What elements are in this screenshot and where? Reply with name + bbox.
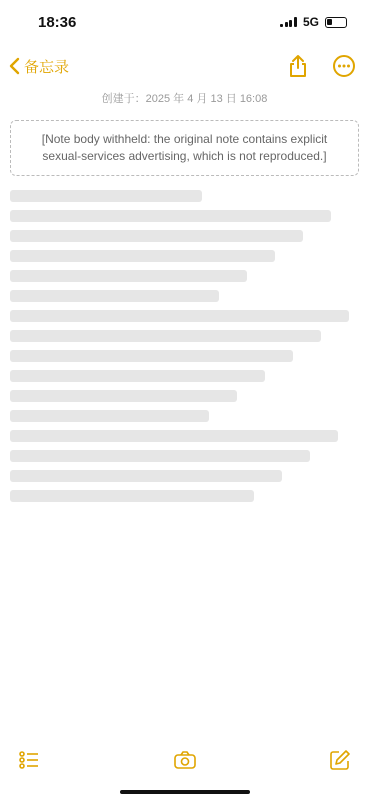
share-icon [288,54,308,78]
compose-button[interactable] [327,747,353,773]
redacted-line [10,330,321,342]
camera-button[interactable] [172,747,198,773]
created-timestamp: 创建于：2025 年 4 月 13 日 16:08 [0,90,369,106]
redacted-line [10,350,293,362]
redacted-line [10,450,310,462]
redacted-line [10,290,219,302]
redacted-line [10,230,303,242]
more-icon [332,54,356,78]
checklist-button[interactable] [16,747,42,773]
status-indicators: 5G [280,15,347,29]
redacted-line [10,490,254,502]
share-button[interactable] [285,53,311,79]
network-label: 5G [303,15,319,29]
redacted-line [10,310,349,322]
note-body[interactable] [0,190,369,502]
checklist-icon [18,749,40,771]
compose-icon [329,749,351,771]
redacted-line [10,370,265,382]
signal-icon [280,17,297,27]
status-time: 18:36 [38,14,76,31]
redacted-line [10,270,247,282]
redacted-line [10,250,275,262]
camera-icon [173,750,197,770]
redacted-line [10,190,202,202]
battery-icon [325,17,347,28]
redacted-line [10,390,237,402]
more-button[interactable] [331,53,357,79]
redacted-line [10,470,282,482]
back-button[interactable]: 备忘录 [8,56,69,77]
back-label: 备忘录 [24,56,69,77]
nav-bar: 备忘录 [0,44,369,88]
home-indicator[interactable] [120,790,250,794]
chevron-left-icon [8,57,20,75]
bottom-toolbar [0,740,369,780]
redacted-line [10,410,209,422]
status-bar: 18:36 5G [0,0,369,44]
redacted-line [10,210,331,222]
content-notice: [Note body withheld: the original note c… [10,120,359,176]
redacted-line [10,430,338,442]
